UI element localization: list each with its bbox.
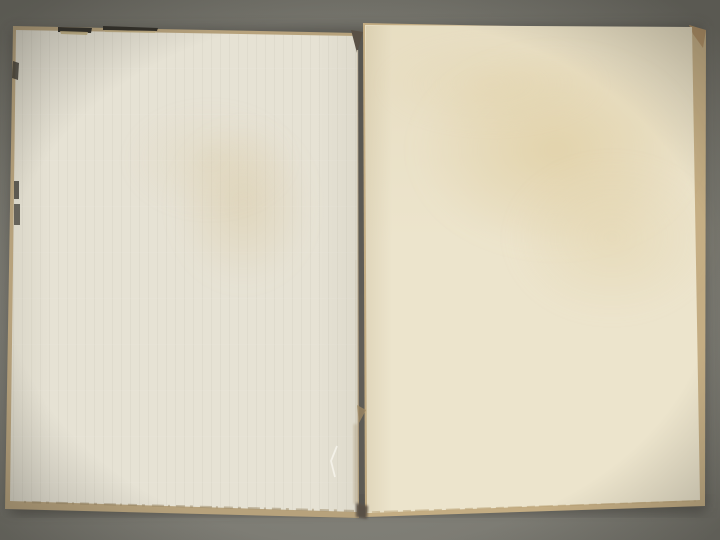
book-photo: An open book lying flat on a gray surfac…: [0, 0, 720, 540]
book-photo-canvas: [0, 0, 720, 540]
vignette-overlay: [0, 0, 720, 540]
